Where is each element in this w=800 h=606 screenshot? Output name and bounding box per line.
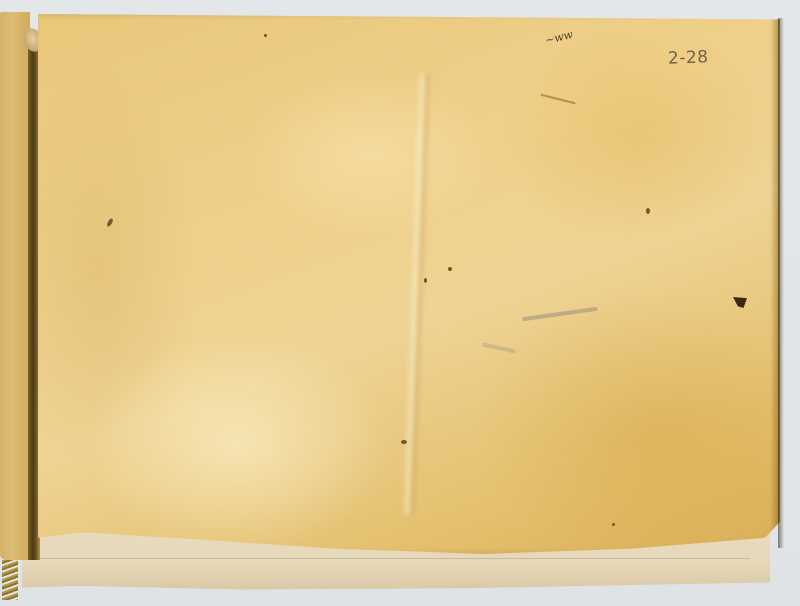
shelf-mark-label: 2-28 bbox=[668, 47, 709, 68]
tie-thread bbox=[2, 560, 18, 600]
stain-spot bbox=[401, 440, 407, 444]
vellum-cover bbox=[38, 14, 780, 554]
stain-spot bbox=[424, 278, 427, 283]
stain-spot bbox=[646, 208, 650, 214]
stain-spot bbox=[448, 267, 452, 271]
stain-spot bbox=[612, 523, 615, 526]
cover-edge-shadow bbox=[778, 18, 784, 548]
stain-spot bbox=[264, 34, 267, 37]
spine-flap bbox=[0, 12, 30, 560]
